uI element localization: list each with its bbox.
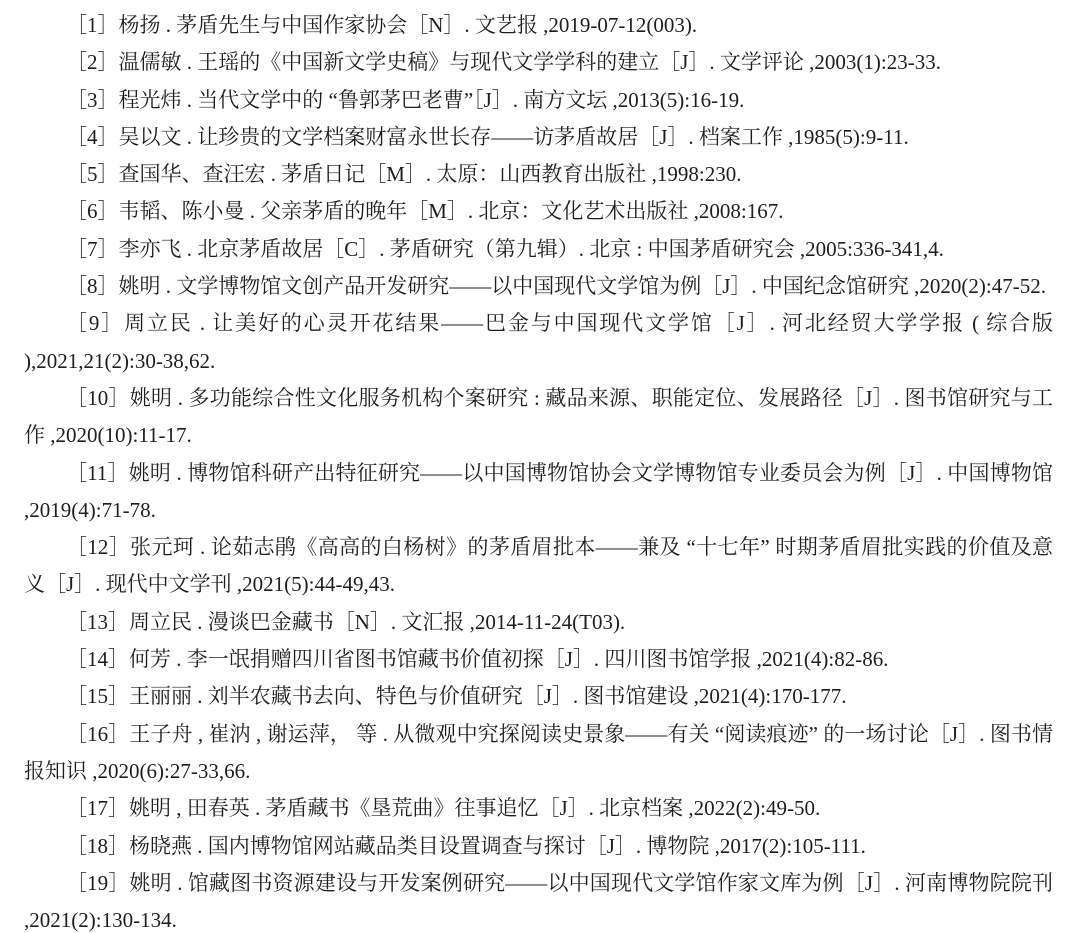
reference-item-12: ［12］张元珂 . 论茹志鹃《高高的白杨树》的茅盾眉批本——兼及 “十七年” 时…	[24, 529, 1053, 604]
reference-item-16: ［16］王子舟 , 崔汭 , 谢运萍， 等 . 从微观中究探阅读史景象——有关 …	[24, 716, 1053, 791]
reference-item-15: ［15］王丽丽 . 刘半农藏书去向、特色与价值研究［J］. 图书馆建设 ,202…	[24, 678, 1053, 715]
reference-item-17: ［17］姚明 , 田春英 . 茅盾藏书《垦荒曲》往事追忆［J］. 北京档案 ,2…	[24, 790, 1053, 827]
reference-item-2: ［2］温儒敏 . 王瑶的《中国新文学史稿》与现代文学学科的建立［J］. 文学评论…	[24, 44, 1053, 81]
reference-item-7: ［7］李亦飞 . 北京茅盾故居［C］. 茅盾研究（第九辑）. 北京 : 中国茅盾…	[24, 231, 1053, 268]
reference-item-11: ［11］姚明 . 博物馆科研产出特征研究——以中国博物馆协会文学博物馆专业委员会…	[24, 455, 1053, 530]
reference-item-13: ［13］周立民 . 漫谈巴金藏书［N］. 文汇报 ,2014-11-24(T03…	[24, 604, 1053, 641]
reference-item-4: ［4］吴以文 . 让珍贵的文学档案财富永世长存——访茅盾故居［J］. 档案工作 …	[24, 119, 1053, 156]
reference-item-1: ［1］杨扬 . 茅盾先生与中国作家协会［N］. 文艺报 ,2019-07-12(…	[24, 7, 1053, 44]
reference-item-8: ［8］姚明 . 文学博物馆文创产品开发研究——以中国现代文学馆为例［J］. 中国…	[24, 268, 1053, 305]
reference-item-18: ［18］杨晓燕 . 国内博物馆网站藏品类目设置调查与探讨［J］. 博物院 ,20…	[24, 828, 1053, 865]
reference-item-19: ［19］姚明 . 馆藏图书资源建设与开发案例研究——以中国现代文学馆作家文库为例…	[24, 865, 1053, 933]
reference-item-3: ［3］程光炜 . 当代文学中的 “鲁郭茅巴老曹”［J］. 南方文坛 ,2013(…	[24, 82, 1053, 119]
reference-item-9: ［9］周立民 . 让美好的心灵开花结果——巴金与中国现代文学馆［J］. 河北经贸…	[24, 305, 1053, 380]
reference-item-6: ［6］韦韬、陈小曼 . 父亲茅盾的晚年［M］. 北京：文化艺术出版社 ,2008…	[24, 193, 1053, 230]
reference-item-5: ［5］查国华、查汪宏 . 茅盾日记［M］. 太原：山西教育出版社 ,1998:2…	[24, 156, 1053, 193]
reference-item-14: ［14］何芳 . 李一氓捐赠四川省图书馆藏书价值初探［J］. 四川图书馆学报 ,…	[24, 641, 1053, 678]
reference-item-10: ［10］姚明 . 多功能综合性文化服务机构个案研究 : 藏品来源、职能定位、发展…	[24, 380, 1053, 455]
reference-list: ［1］杨扬 . 茅盾先生与中国作家协会［N］. 文艺报 ,2019-07-12(…	[0, 0, 1080, 933]
